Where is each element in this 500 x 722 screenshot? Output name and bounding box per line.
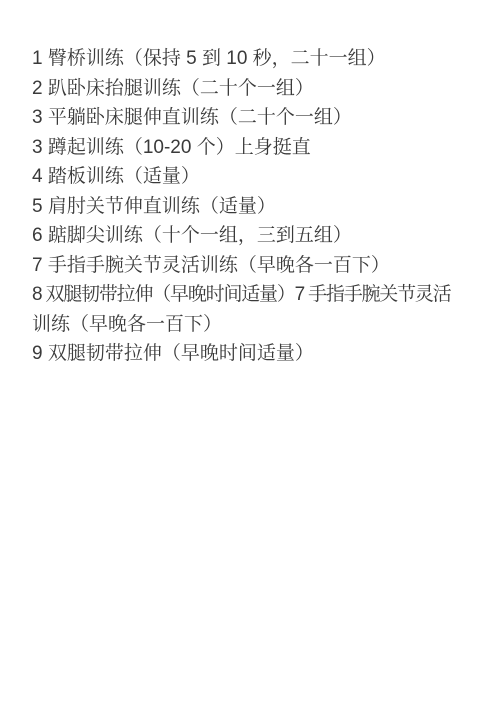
- document-line: 4 踏板训练（适量）: [32, 162, 474, 192]
- document-line: 9 双腿韧带拉伸（早晚时间适量）: [32, 339, 474, 369]
- document-page: 1 臀桥训练（保持 5 到 10 秒，二十一组） 2 趴卧床抬腿训练（二十个一组…: [0, 0, 500, 722]
- document-line: 训练（早晚各一百下）: [32, 310, 474, 340]
- document-line: 3 平躺卧床腿伸直训练（二十个一组）: [32, 103, 474, 133]
- document-line: 6 踮脚尖训练（十个一组，三到五组）: [32, 221, 474, 251]
- document-body: 1 臀桥训练（保持 5 到 10 秒，二十一组） 2 趴卧床抬腿训练（二十个一组…: [0, 0, 500, 369]
- document-line: 5 肩肘关节伸直训练（适量）: [32, 192, 474, 222]
- document-line: 8 双腿韧带拉伸（早晚时间适量）7 手指手腕关节灵活: [32, 280, 474, 310]
- document-line: 7 手指手腕关节灵活训练（早晚各一百下）: [32, 251, 474, 281]
- document-line: 1 臀桥训练（保持 5 到 10 秒，二十一组）: [32, 44, 474, 74]
- document-line: 2 趴卧床抬腿训练（二十个一组）: [32, 74, 474, 104]
- document-line: 3 蹲起训练（10-20 个）上身挺直: [32, 133, 474, 163]
